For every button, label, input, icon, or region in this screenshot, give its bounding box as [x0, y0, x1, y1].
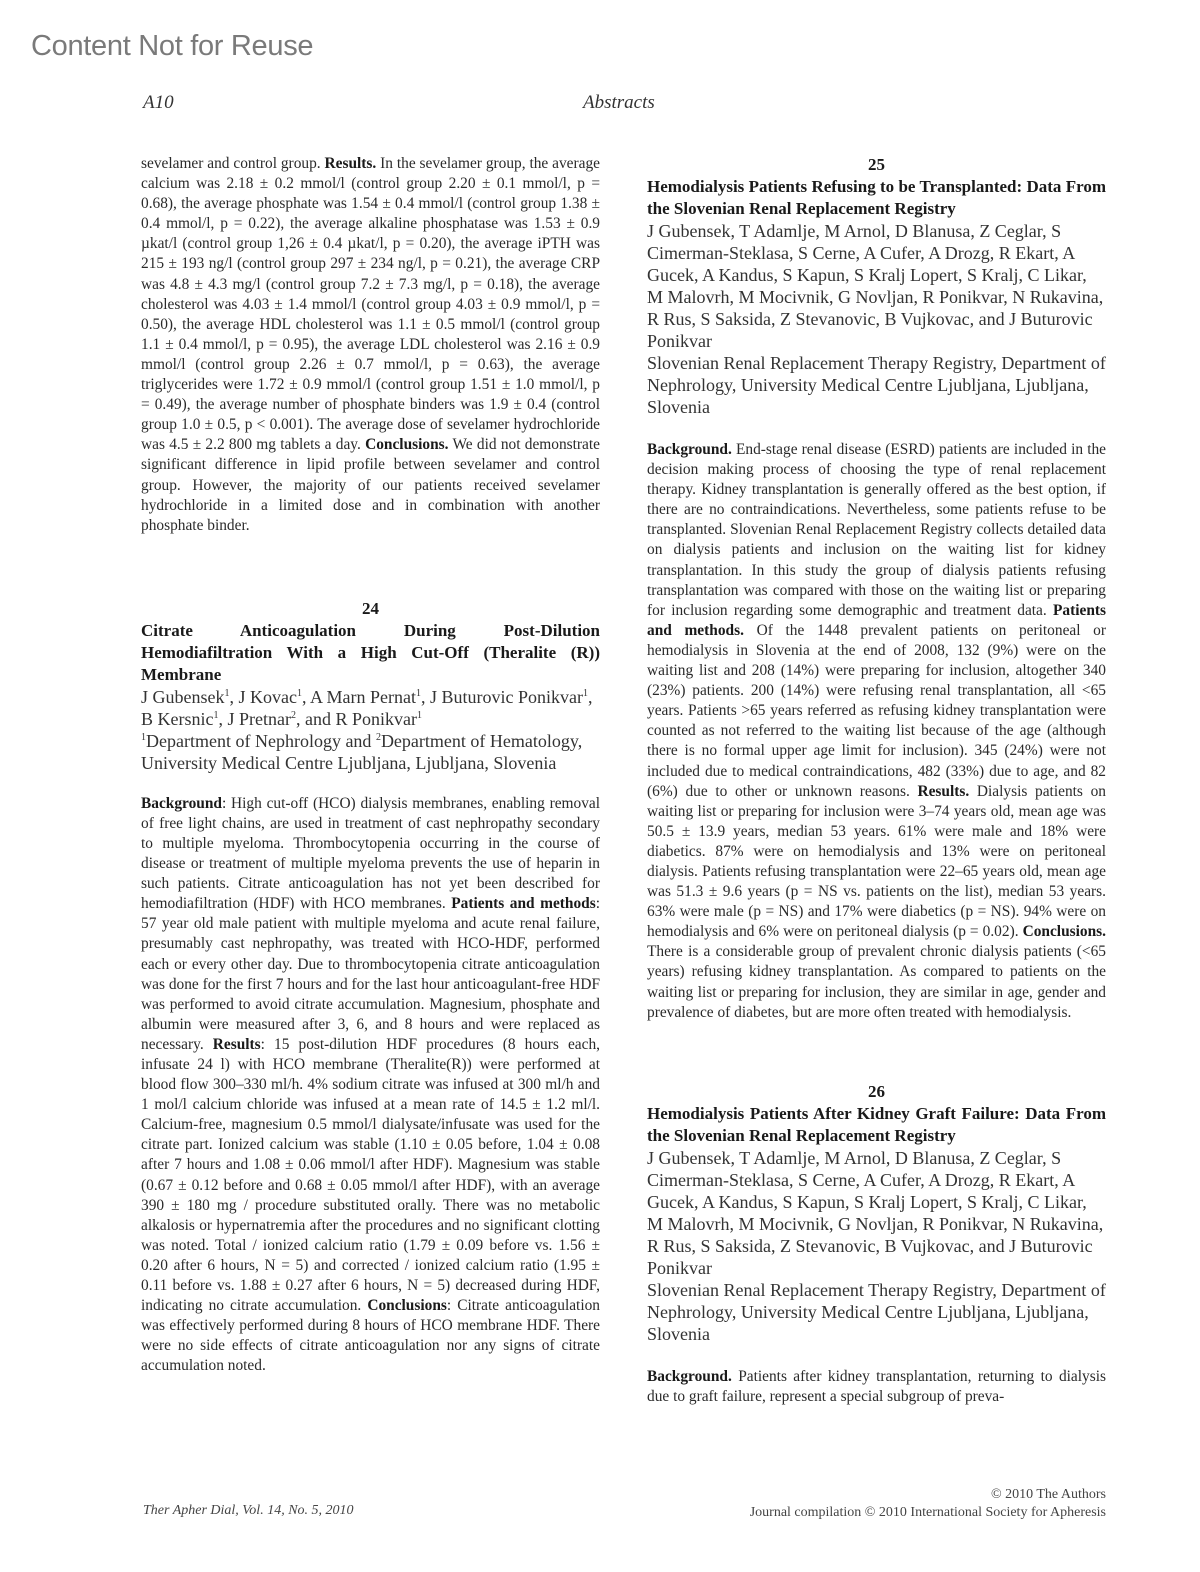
- copyright-authors: © 2010 The Authors: [750, 1486, 1106, 1504]
- author-name: J Pretnar: [227, 709, 290, 729]
- watermark: Content Not for Reuse: [31, 30, 313, 63]
- author-name: A Marn Pernat: [310, 687, 416, 707]
- abstract-affiliation: Slovenian Renal Replacement Therapy Regi…: [647, 1279, 1106, 1345]
- affil-marker: 1: [417, 710, 422, 721]
- affil-marker: 1: [583, 688, 588, 699]
- abstract-24: 24 Citrate Anticoagulation During Post-D…: [141, 598, 600, 1377]
- journal-citation: Ther Apher Dial, Vol. 14, No. 5, 2010: [143, 1503, 354, 1519]
- abstract-23-continuation: sevelamer and control group. Results. In…: [141, 154, 600, 536]
- running-head-section: Abstracts: [583, 92, 655, 114]
- section-label-background: Background.: [647, 441, 732, 458]
- abstract-authors: J Gubensek, T Adamlje, M Arnol, D Blanus…: [647, 220, 1106, 352]
- abstract-number: 25: [647, 154, 1106, 176]
- abstract-authors: J Gubensek, T Adamlje, M Arnol, D Blanus…: [647, 1147, 1106, 1279]
- affil-marker: 1: [225, 688, 230, 699]
- copyright-compilation: Journal compilation © 2010 International…: [750, 1504, 1106, 1522]
- section-label-conclusions: Conclusions.: [1023, 923, 1106, 940]
- page-number: A10: [143, 92, 174, 114]
- author-name: J Gubensek: [141, 687, 225, 707]
- abstract-body: Background: High cut-off (HCO) dialysis …: [141, 794, 600, 1377]
- left-column: sevelamer and control group. Results. In…: [141, 154, 600, 1377]
- text: Of the 1448 prevalent patients on perito…: [647, 622, 1106, 800]
- text: End-stage renal disease (ESRD) patients …: [647, 441, 1106, 619]
- abstract-body: Background. Patients after kidney transp…: [647, 1367, 1106, 1407]
- affil-marker: 1: [213, 710, 218, 721]
- abstract-title: Hemodialysis Patients Refusing to be Tra…: [647, 176, 1106, 220]
- section-label-results: Results: [213, 1036, 261, 1053]
- author-name: J Buturovic Ponikvar: [430, 687, 583, 707]
- section-label-background: Background.: [647, 1368, 732, 1385]
- author-name: B Kersnic: [141, 709, 213, 729]
- text: There is a considerable group of prevale…: [647, 943, 1106, 1020]
- affil-marker: 2: [291, 710, 296, 721]
- abstract-25: 25 Hemodialysis Patients Refusing to be …: [647, 154, 1106, 1023]
- abstract-26: 26 Hemodialysis Patients After Kidney Gr…: [647, 1081, 1106, 1407]
- abstract-affiliation: 1Department of Nephrology and 2Departmen…: [141, 730, 600, 774]
- affil-marker: 1: [416, 688, 421, 699]
- text: Dialysis patients on waiting list or pre…: [647, 783, 1106, 941]
- abstract-body: Background. End-stage renal disease (ESR…: [647, 440, 1106, 1023]
- affil-marker: 1: [297, 688, 302, 699]
- text: sevelamer and control group.: [141, 155, 325, 172]
- section-label-results: Results.: [917, 783, 969, 800]
- abstract-title: Hemodialysis Patients After Kidney Graft…: [647, 1103, 1106, 1147]
- section-label-conclusions: Conclusions: [367, 1297, 447, 1314]
- text: In the sevelamer group, the average calc…: [141, 155, 600, 453]
- section-label-background: Background: [141, 795, 222, 812]
- abstract-authors: J Gubensek1, J Kovac1, A Marn Pernat1, J…: [141, 686, 600, 730]
- text: Department of Nephrology and: [146, 731, 376, 751]
- right-column: 25 Hemodialysis Patients Refusing to be …: [647, 154, 1106, 1407]
- abstract-number: 26: [647, 1081, 1106, 1103]
- text: : 57 year old male patient with multiple…: [141, 895, 600, 1053]
- section-label-conclusions: Conclusions.: [365, 436, 448, 453]
- author-name: J Kovac: [239, 687, 297, 707]
- abstract-number: 24: [141, 598, 600, 620]
- copyright: © 2010 The Authors Journal compilation ©…: [750, 1486, 1106, 1522]
- author-name: R Ponikvar: [335, 709, 417, 729]
- abstract-title: Citrate Anticoagulation During Post-Dilu…: [141, 620, 600, 686]
- text: : 15 post-dilution HDF procedures (8 hou…: [141, 1036, 600, 1314]
- section-label-results: Results.: [325, 155, 377, 172]
- abstract-affiliation: Slovenian Renal Replacement Therapy Regi…: [647, 352, 1106, 418]
- section-label-methods: Patients and methods: [451, 895, 595, 912]
